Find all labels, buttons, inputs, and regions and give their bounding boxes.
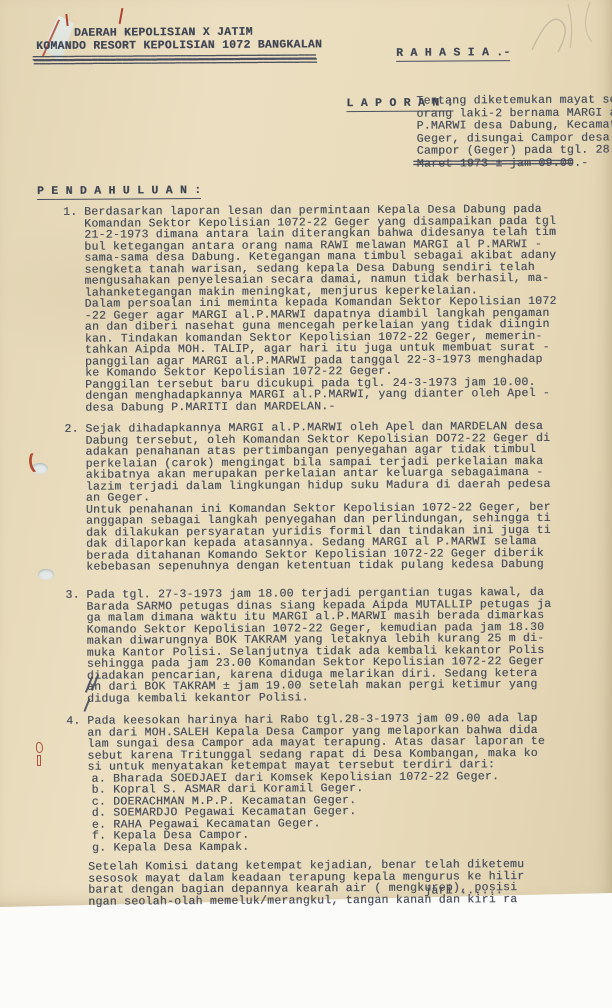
paragraph-number: 4. (66, 716, 88, 908)
paragraph-text: Berdasarkan laporan lesan dan permintaan… (84, 204, 557, 414)
report-divider: =========================== (413, 158, 572, 170)
paragraph-1: 1. Berdasarkan laporan lesan dan permint… (63, 204, 557, 414)
red-pen-mark (36, 742, 43, 753)
paragraph-text: Pada tgl. 27-3-1973 jam 18.00 terjadi pe… (86, 587, 552, 705)
scanned-document-page: ( DAERAH KEPOLISIAN X JATIM KOMANDO RESO… (0, 0, 612, 1008)
commission-member-list: a. Bharada SOEDJAEI dari Komsek Kepolisi… (92, 770, 546, 853)
paragraph-number: 1. (63, 207, 85, 414)
paragraph-3: 3. Pada tgl. 27-3-1973 jam 18.00 terjadi… (65, 587, 552, 705)
classification-stamp: R A H A S I A .- (396, 47, 511, 61)
paragraph-closing-text: Setelah Komisi datang ketempat kejadian,… (88, 859, 546, 908)
paragraph-4: 4. Pada keesokan harinya hari Rabo tgl.2… (66, 713, 546, 908)
section-title: P E N D A H U L U A N : (37, 185, 202, 200)
paragraph-2: 2. Sejak dihadapkannya MARGI al.P.MARWI … (64, 421, 551, 573)
paragraph-text: Sejak dihadapkannya MARGI al.P.MARWI ole… (85, 421, 551, 573)
paragraph-number: 2. (64, 424, 86, 574)
red-pen-mark (37, 755, 41, 766)
paragraph-number: 3. (65, 590, 87, 705)
letterhead-divider: ========================================… (33, 56, 316, 69)
classification-text: R A H A S I A .- (396, 47, 511, 61)
punch-hole (38, 569, 54, 580)
paragraph-text: Pada keesokan harinya hari Rabo tgl.28-3… (87, 713, 545, 773)
agency-name-line1: DAERAH KEPOLISIAN X JATIM (74, 27, 253, 40)
catchword: jari ...... (424, 885, 503, 897)
